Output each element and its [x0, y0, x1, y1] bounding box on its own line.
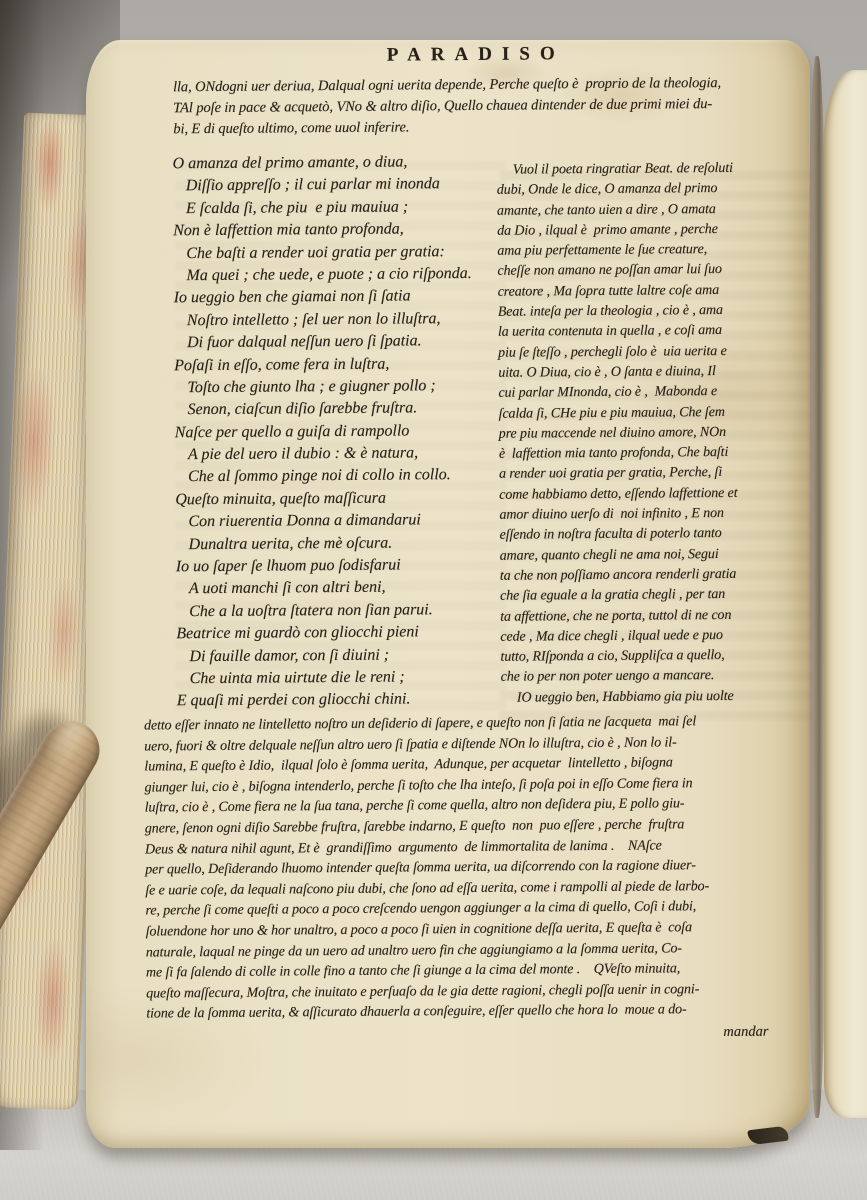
commentary-line: che ſia eguale a la gratia chegli , per … — [500, 585, 800, 608]
poem-line: E ſcalda ſi, che piu e piu mauiua ; — [186, 195, 513, 220]
poem-line: Io ueggio ben che giamai non ſi ſatia — [174, 285, 514, 310]
poem-line: Che uinta mia uirtute die le reni ; — [190, 666, 517, 691]
poem-line: Noſtro intelletto ; ſel uer non lo illuſ… — [187, 307, 514, 332]
commentary-line: Vuol il poeta ringratiar Beat. de reſolu… — [513, 158, 797, 181]
poem-line: Diſſio appreſſo ; il cui parlar mi inond… — [186, 173, 513, 198]
poem-line: Toſto che giunto lha ; e giugner pollo ; — [187, 375, 514, 400]
poem-line: Io uo ſaper ſe lhuom puo ſodisfarui — [176, 554, 516, 579]
poem-line: Poſaſi in eſſo, come fera in luſtra, — [174, 352, 514, 377]
commentary-line: ta che non poſſiamo ancora renderli grat… — [500, 564, 800, 587]
facing-page-edge — [824, 70, 867, 1118]
book-photo: PARADISO lla, ONdogni uer deriua, Dalqua… — [0, 0, 867, 1200]
commentary-line: piu ſe ſteſſo , perchegli ſolo è uia uer… — [498, 341, 798, 364]
intro-paragraph: lla, ONdogni uer deriua, Dalqual ogni ue… — [173, 72, 803, 140]
commentary-line: a render uoi gratia per gratia, Perche, … — [499, 463, 799, 486]
poem-line: E quaſi mi perdei con gliocchi chini. — [177, 688, 517, 713]
poem-line: Che a la uoſtra ſtatera non ſian parui. — [189, 598, 516, 623]
commentary-line: uita. O Diua, cio è , O ſanta e diuina, … — [498, 361, 798, 384]
commentary-line: tutto, RIſponda a cio, Suppliſca a quell… — [500, 646, 800, 669]
poem-line: Di fauille damor, con ſi diuini ; — [189, 643, 516, 668]
book-page: PARADISO lla, ONdogni uer deriua, Dalqua… — [86, 40, 810, 1148]
catchword: mandar — [146, 1023, 814, 1045]
commentary-line: da Dio , ilqual è primo amante , perche — [497, 219, 797, 242]
poem-column: O amanza del primo amante, o diua,Diſſio… — [173, 151, 517, 713]
commentary-line: eſſendo in noſtra faculta di poterlo tan… — [499, 524, 799, 547]
poem-line: Dunaltra uerita, che mè oſcura. — [189, 531, 516, 556]
poem-line: Queſto minuita, queſto maſſicura — [175, 486, 515, 511]
commentary-line: amante, che tanto uien a dire , O amata — [497, 199, 797, 222]
poem-line: Che baſti a render uoi gratia per gratia… — [186, 240, 513, 265]
commentary-line: cheſſe non amano ne poſſan amar lui ſuo — [497, 260, 797, 283]
commentary-column: Vuol il poeta ringratiar Beat. de reſolu… — [497, 158, 801, 708]
poem-line: Di fuor dalqual neſſun uero ſi ſpatia. — [187, 330, 514, 355]
poem-line: O amanza del primo amante, o diua, — [173, 151, 513, 176]
intro-line: bi, E di queſto ultimo, come uuol inferi… — [173, 114, 803, 140]
commentary-line: è laffettion mia tanto profonda, Che baſ… — [499, 443, 799, 466]
commentary-line: tione de la ſomma uerita, & aſſicurato d… — [146, 1000, 814, 1026]
page-text: PARADISO lla, ONdogni uer deriua, Dalqua… — [82, 37, 815, 1151]
commentary-line: che io per non poter uengo a mancare. — [501, 666, 801, 689]
poem-line: Ma quei ; che uede, e puote ; a cio riſp… — [186, 263, 513, 288]
commentary-line: amare, quanto chegli ne ama noi, Segui — [500, 544, 800, 567]
commentary-line: ama piu perfettamente le ſue creature, — [497, 240, 797, 263]
poem-line: Non è laffettion mia tanto profonda, — [173, 218, 513, 243]
commentary-line: cui parlar MInonda, cio è , Mabonda e — [498, 382, 798, 405]
poem-line: A uoti manchi ſi con altri beni, — [189, 576, 516, 601]
commentary-line: pre piu maccende nel diuino amore, NOn — [499, 422, 799, 445]
commentary-line: IO ueggio ben, Habbiamo gia piu uolte — [517, 686, 801, 709]
commentary-line: la uerita contenuta in quella , e coſi a… — [498, 321, 798, 344]
poem-line: Naſce per quello a guiſa di rampollo — [175, 419, 515, 444]
poem-line: A pie del uero il dubio : & è natura, — [188, 442, 515, 467]
commentary-line: ta affettione, che ne porta, tuttol di n… — [500, 605, 800, 628]
commentary-line: dubi, Onde le dice, O amanza del primo — [497, 179, 797, 202]
commentary-line: ſcalda ſi, CHe piu e piu mauiua, Che ſem — [499, 402, 799, 425]
poem-line: Che al ſommo pinge noi di collo in collo… — [188, 464, 515, 489]
poem-line: Con riuerentia Donna a dimandarui — [188, 509, 515, 534]
commentary-bottom: detto eſſer innato ne lintelletto noſtro… — [144, 711, 814, 1025]
commentary-line: come habbiamo detto, eſſendo laffettione… — [499, 483, 799, 506]
commentary-line: amor diuino uerſo di noi infinito , E no… — [499, 503, 799, 526]
commentary-line: creatore , Ma ſopra tutte laltre coſe am… — [498, 280, 798, 303]
poem-line: Senon, ciaſcun diſio ſarebbe fruſtra. — [187, 397, 514, 422]
poem-line: Beatrice mi guardò con gliocchi pieni — [176, 621, 516, 646]
running-title: PARADISO — [326, 43, 626, 67]
commentary-line: cede , Ma dice chegli , ilqual uede e pu… — [500, 625, 800, 648]
commentary-line: Beat. inteſa per la theologia , cio è , … — [498, 300, 798, 323]
